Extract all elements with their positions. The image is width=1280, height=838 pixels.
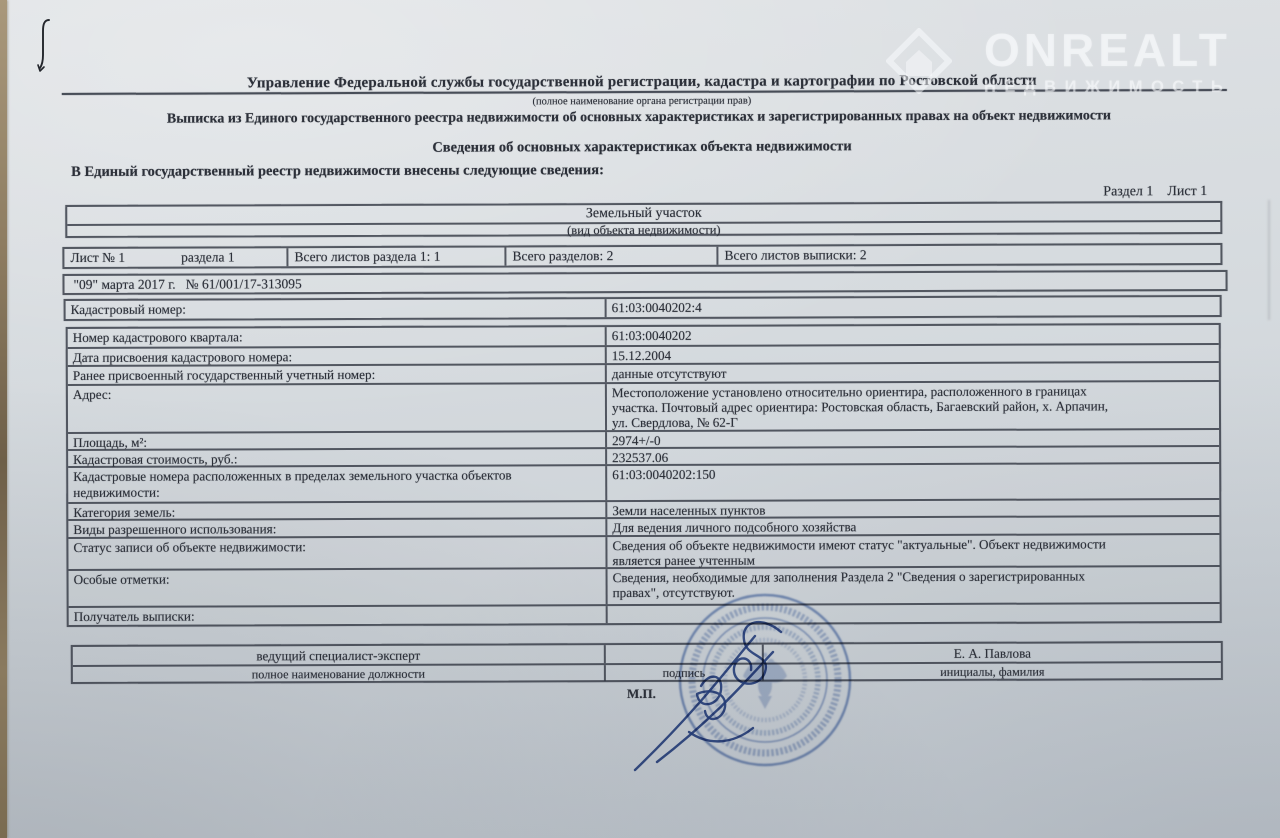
signer-position: ведущий специалист-эксперт xyxy=(73,645,606,665)
row-label: Особые отметки: xyxy=(69,569,608,606)
row-label: Категория земель: xyxy=(68,502,607,519)
watermark-brand: ONREALT xyxy=(984,28,1231,72)
row-value: 232537.06 xyxy=(607,447,1219,464)
row-value: 61:03:0040202:4 xyxy=(607,297,1220,317)
position-caption: полное наименование должности xyxy=(73,665,606,683)
row-value: Сведения об объекте недвижимости имеют с… xyxy=(607,535,1219,567)
row-label: Площадь, м²: xyxy=(68,432,607,449)
table-row: Адрес: Местоположение установлено относи… xyxy=(68,382,1219,434)
row-value: Земли населенных пунктов xyxy=(607,500,1219,517)
cadastral-number-row: Кадастровый номер: 61:03:0040202:4 xyxy=(64,295,1222,321)
row-value: Для ведения личного подсобного хозяйства xyxy=(607,517,1219,535)
sheets-in-section: Всего листов раздела 1: 1 xyxy=(288,247,506,266)
total-sheets: Всего листов выписки: 2 xyxy=(718,245,1220,265)
watermark-subtitle: НЕДВИЖИМОСТЬ xyxy=(984,78,1231,97)
table-row: Статус записи об объекте недвижимости: С… xyxy=(68,535,1219,571)
row-value: 15.12.2004 xyxy=(607,345,1219,363)
onrealt-house-icon xyxy=(886,28,952,94)
row-label: Получатель выписки: xyxy=(69,606,608,625)
row-label: Номер кадастрового квартала: xyxy=(68,327,607,347)
table-row: Кадастровые номера расположенных в преде… xyxy=(68,464,1219,504)
row-value: данные отсутствуют xyxy=(607,363,1219,382)
pen-mark xyxy=(34,16,58,74)
date-and-number-row: "09" марта 2017 г. № 61/001/17-313095 xyxy=(62,270,1227,295)
characteristics-table: Номер кадастрового квартала: 61:03:00402… xyxy=(66,323,1222,627)
row-label: Виды разрешенного использования: xyxy=(68,519,607,537)
sheet-section: раздела 1 xyxy=(181,249,235,266)
table-row: Особые отметки: Сведения, необходимые дл… xyxy=(69,567,1220,608)
sheet-info-row: Лист № 1 раздела 1 Всего листов раздела … xyxy=(62,243,1222,269)
row-label: Адрес: xyxy=(68,384,607,432)
row-value: 61:03:0040202 xyxy=(607,325,1219,345)
row-label: Кадастровая стоимость, руб.: xyxy=(68,449,607,466)
row-label: Ранее присвоенный государственный учетны… xyxy=(68,365,607,384)
onrealt-watermark: ONREALT НЕДВИЖИМОСТЬ xyxy=(886,28,1231,97)
sheet-number: Лист № 1 xyxy=(70,250,125,267)
handwritten-signature xyxy=(605,612,825,782)
row-value: 61:03:0040202:150 xyxy=(607,464,1219,500)
row-label: Статус записи об объекте недвижимости: xyxy=(68,537,607,569)
total-sections: Всего разделов: 2 xyxy=(506,247,718,266)
row-label: Кадастровые номера расположенных в преде… xyxy=(68,466,607,502)
document-photo: Управление Федеральной службы государств… xyxy=(0,0,1280,838)
row-label: Дата присвоения кадастрового номера: xyxy=(68,347,607,365)
document-title: Выписка из Единого государственного реес… xyxy=(39,108,1239,128)
object-type-box: Земельный участок (вид объекта недвижимо… xyxy=(65,201,1222,238)
intro-line: В Единый государственный реестр недвижим… xyxy=(71,162,604,181)
row-value: 2974+/-0 xyxy=(607,430,1219,447)
row-value: Местоположение установлено относительно … xyxy=(607,382,1219,430)
section-title: Сведения об основных характеристиках объ… xyxy=(62,137,1222,158)
row-label: Кадастровый номер: xyxy=(66,299,607,319)
